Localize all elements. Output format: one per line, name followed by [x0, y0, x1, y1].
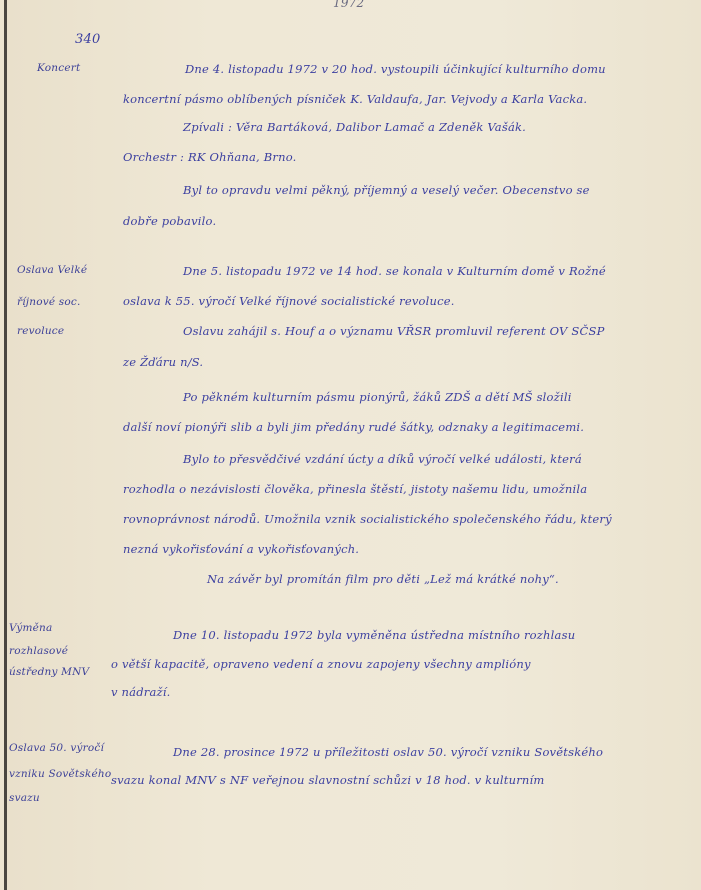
margin-heading-oslava-ussr: svazu — [9, 792, 40, 804]
entry-line: Oslavu zahájil s. Houf a o významu VŘSR … — [183, 324, 605, 338]
entry-line: svazu konal MNV s NF veřejnou slavnostní… — [111, 773, 545, 787]
margin-heading-vymena: rozhlasové — [9, 645, 68, 657]
entry-line: o větší kapacitě, opraveno vedení a znov… — [111, 657, 531, 671]
entry-line: ze Žďáru n/S. — [123, 355, 203, 369]
entry-line: rozhodla o nezávislosti člověka, přinesl… — [123, 482, 587, 496]
margin-heading-oslava-ussr: Oslava 50. výročí — [9, 742, 104, 754]
entry-line: v nádraží. — [111, 685, 171, 699]
entry-line: Dne 5. listopadu 1972 ve 14 hod. se kona… — [183, 264, 606, 278]
margin-heading-oslava: říjnové soc. — [17, 296, 81, 308]
entry-line: nezná vykořisťování a vykořisťovaných. — [123, 542, 359, 556]
entry-line: Dne 28. prosince 1972 u příležitosti osl… — [173, 745, 603, 759]
entry-line: oslava k 55. výročí Velké říjnové social… — [123, 294, 455, 308]
entry-line: Byl to opravdu velmi pěkný, příjemný a v… — [183, 183, 590, 197]
entry-line: Zpívali : Věra Bartáková, Dalibor Lamač … — [183, 120, 526, 134]
entry-line: Orchestr : RK Ohňana, Brno. — [123, 150, 297, 164]
margin-heading-vymena: Výměna — [9, 622, 52, 634]
page-number: 340 — [75, 32, 100, 47]
margin-heading-oslava: Oslava Velké — [17, 264, 87, 276]
margin-heading-koncert: Koncert — [37, 62, 80, 74]
entry-line: koncertní pásmo oblíbených písniček K. V… — [123, 92, 587, 106]
margin-heading-oslava: revoluce — [17, 325, 64, 337]
chronicle-page: 1972 340 Koncert Dne 4. listopadu 1972 v… — [4, 0, 701, 890]
entry-line: další noví pionýři slib a byli jim předá… — [123, 420, 584, 434]
entry-line: Po pěkném kulturním pásmu pionýrů, žáků … — [183, 390, 572, 404]
entry-line: Bylo to přesvědčivé vzdání úcty a díků v… — [183, 452, 582, 466]
entry-line: Dne 4. listopadu 1972 v 20 hod. vystoupi… — [185, 62, 606, 76]
year-heading: 1972 — [333, 0, 364, 10]
entry-line: Na závěr byl promítán film pro děti „Lež… — [207, 572, 559, 586]
entry-line: rovnoprávnost národů. Umožnila vznik soc… — [123, 512, 612, 526]
entry-line: dobře pobavilo. — [123, 214, 216, 228]
margin-heading-oslava-ussr: vzniku Sovětského — [9, 768, 111, 780]
margin-heading-vymena: ústředny MNV — [9, 666, 89, 678]
entry-line: Dne 10. listopadu 1972 byla vyměněna úst… — [173, 628, 575, 642]
